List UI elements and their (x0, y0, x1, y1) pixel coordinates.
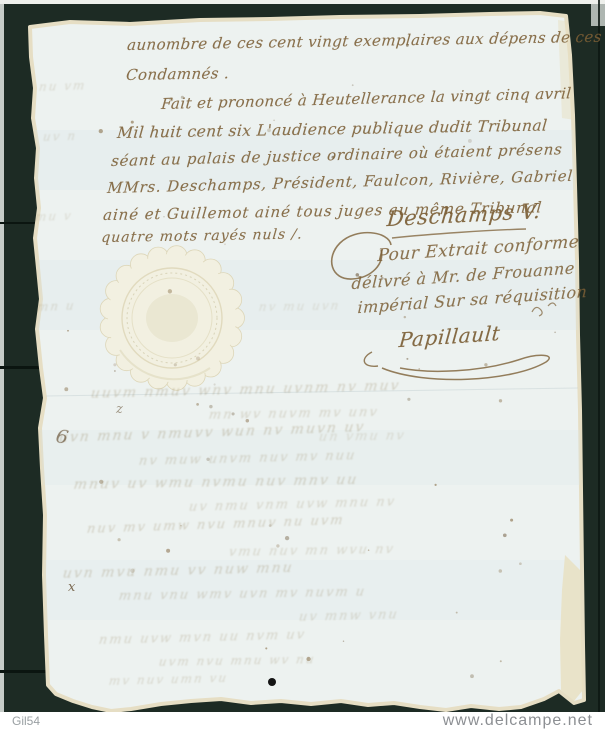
manuscript-paper (0, 0, 605, 712)
paper-fold-edge (560, 555, 583, 701)
watermark-band: Gil54 www.delcampe.net (0, 712, 605, 730)
seller-watermark: Gil54 (12, 714, 40, 728)
hole-dot (268, 678, 276, 686)
auction-photo-old-manuscript: uuvm nmuv wnv mnu uvnm nv muvmn wv nuvm … (0, 0, 605, 730)
delcampe-watermark: www.delcampe.net (443, 712, 593, 730)
